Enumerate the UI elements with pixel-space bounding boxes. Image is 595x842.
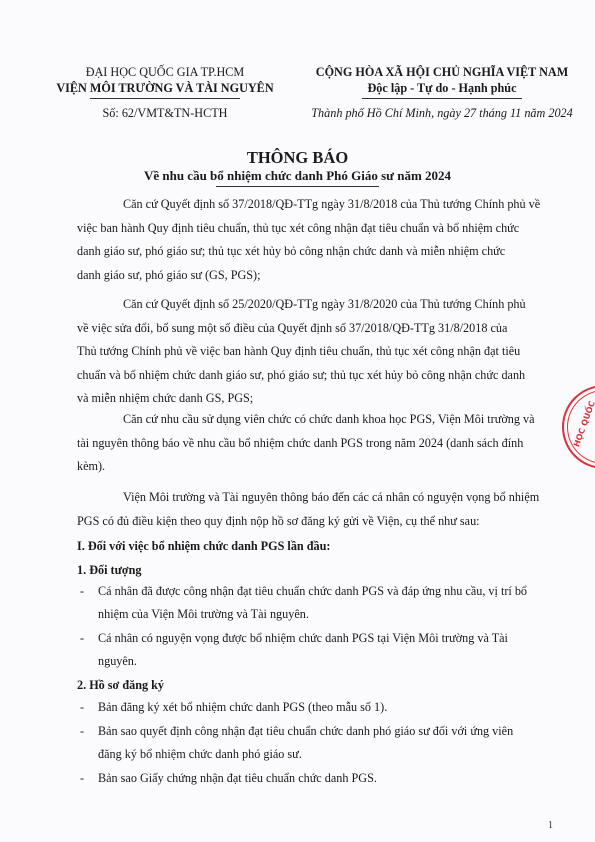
p3-line: tài nguyên thông báo về nhu cầu bổ nhiệm…: [77, 432, 553, 456]
bullet-dash: -: [80, 584, 84, 599]
p1-line: danh giáo sư, phó giáo sư (GS, PGS);: [77, 264, 553, 288]
bullet-text: Cá nhân đã được công nhận đạt tiêu chuẩn…: [98, 584, 527, 599]
header-left-rule: [90, 98, 240, 99]
p2-line: chuẩn và bổ nhiệm chức danh giáo sư, phó…: [77, 364, 553, 388]
bullet-text: Bản sao quyết định công nhận đạt tiêu ch…: [98, 724, 513, 739]
header-right-rule: [362, 98, 522, 99]
p1-line: việc ban hành Quy định tiêu chuẩn, thủ t…: [77, 217, 553, 241]
sub-heading-1: 1. Đối tượng: [77, 559, 142, 583]
paragraph-1: Căn cứ Quyết định số 37/2018/QĐ-TTg ngày…: [77, 193, 553, 287]
p2-line: về việc sửa đổi, bổ sung một số điều của…: [77, 317, 553, 341]
place-date: Thành phố Hồ Chí Minh, ngày 27 tháng 11 …: [292, 105, 592, 121]
doc-subtitle: Về nhu cầu bổ nhiệm chức danh Phó Giáo s…: [0, 168, 595, 184]
bullet-text: nguyên.: [98, 654, 137, 669]
paragraph-3: Căn cứ nhu cầu sử dụng viên chức có chức…: [77, 408, 553, 479]
header-left: ĐẠI HỌC QUỐC GIA TP.HCM VIỆN MÔI TRƯỜNG …: [40, 64, 290, 121]
bullet-text: nhiệm của Viện Môi trường và Tài nguyên.: [98, 607, 309, 622]
paragraph-4: Viện Môi trường và Tài nguyên thông báo …: [77, 486, 553, 533]
bullet-dash: -: [80, 631, 84, 646]
paragraph-2: Căn cứ Quyết định số 25/2020/QĐ-TTg ngày…: [77, 293, 553, 411]
p4-line: PGS có đủ điều kiện theo quy định nộp hồ…: [77, 510, 553, 534]
org-parent: ĐẠI HỌC QUỐC GIA TP.HCM: [40, 64, 290, 80]
doc-title: THÔNG BÁO: [0, 148, 595, 168]
country-name: CỘNG HÒA XÃ HỘI CHỦ NGHĨA VIỆT NAM: [292, 64, 592, 80]
bullet-text: đăng ký bổ nhiệm chức danh phó giáo sư.: [98, 747, 302, 762]
bullet-dash: -: [80, 700, 84, 715]
org-name: VIỆN MÔI TRƯỜNG VÀ TÀI NGUYÊN: [40, 80, 290, 96]
p3-line: Căn cứ nhu cầu sử dụng viên chức có chức…: [77, 408, 553, 432]
section-heading-I: I. Đối với việc bổ nhiệm chức danh PGS l…: [77, 535, 330, 559]
p2-line: Thủ tướng Chính phủ về việc ban hành Quy…: [77, 340, 553, 364]
p4-line: Viện Môi trường và Tài nguyên thông báo …: [77, 486, 553, 510]
motto: Độc lập - Tự do - Hạnh phúc: [292, 80, 592, 96]
bullet-dash: -: [80, 771, 84, 786]
page-number: 1: [548, 820, 553, 831]
bullet-text: Bản sao Giấy chứng nhận đạt tiêu chuẩn c…: [98, 771, 377, 786]
p2-line: và miễn nhiệm chức danh GS, PGS;: [77, 387, 553, 411]
p2-line: Căn cứ Quyết định số 25/2020/QĐ-TTg ngày…: [77, 293, 553, 317]
p3-line: kèm).: [77, 455, 553, 479]
header-right: CỘNG HÒA XÃ HỘI CHỦ NGHĨA VIỆT NAM Độc l…: [292, 64, 592, 121]
p1-line: danh giáo sư, phó giáo sư; thủ tục xét h…: [77, 240, 553, 264]
sub-heading-2: 2. Hồ sơ đăng ký: [77, 674, 164, 698]
bullet-text: Cá nhân có nguyện vọng được bổ nhiệm chứ…: [98, 631, 508, 646]
doc-number: Số: 62/VMT&TN-HCTH: [40, 105, 290, 121]
p1-line: Căn cứ Quyết định số 37/2018/QĐ-TTg ngày…: [77, 193, 553, 217]
subtitle-rule: [216, 186, 379, 187]
bullet-dash: -: [80, 724, 84, 739]
bullet-text: Bản đăng ký xét bổ nhiệm chức danh PGS (…: [98, 700, 387, 715]
